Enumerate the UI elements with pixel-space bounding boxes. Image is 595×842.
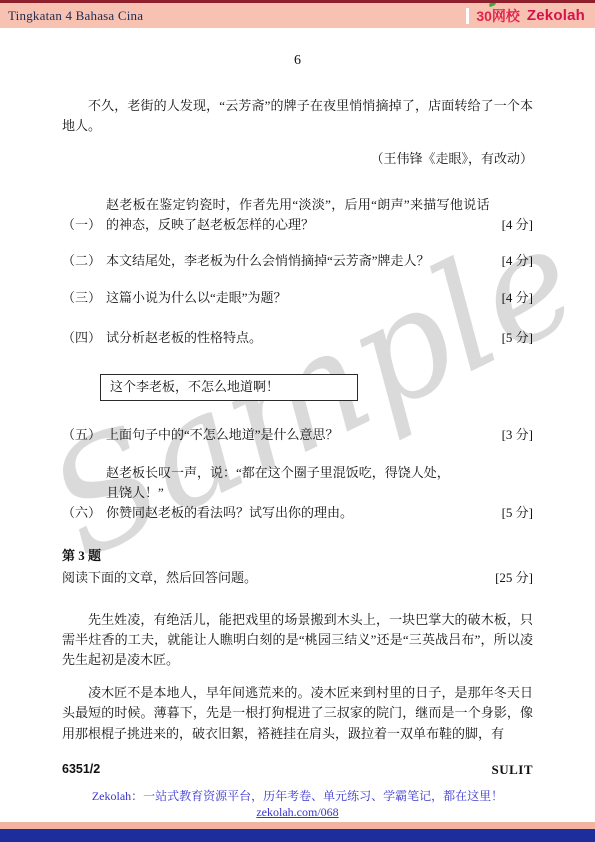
question-marks: [5 分] [502, 328, 533, 348]
instruction-text: 阅读下面的文章，然后回答问题。 [62, 568, 495, 588]
question-number: （一） [62, 215, 106, 235]
footer-blue-strip [0, 829, 595, 842]
question-text: 本文结尾处，李老板为什么会悄悄摘掉“云芳斋”牌走人？ [106, 251, 502, 271]
question-text: 赵老板长叹一声，说：“都在这个圈子里混饭吃，得饶人处， 且饶人！” 你赞同赵老板… [106, 463, 502, 523]
passage-paragraph-2: 凌木匠不是本地人，早年间逃荒来的。凌木匠来到村里的日子，是那年冬天日头最短的时候… [62, 683, 533, 743]
question-marks: [5 分] [502, 503, 533, 523]
question-text: 这篇小说为什么以“走眼”为题？ [106, 288, 502, 308]
question-number: （六） [62, 503, 106, 523]
header-title: Tingkatan 4 Bahasa Cina [8, 8, 143, 24]
source-attribution: （王伟锋《走眼》，有改动） [62, 149, 533, 169]
zekolah-logo: 30网校 Zekolah [466, 6, 585, 26]
question-text: 赵老板在鉴定钧瓷时，作者先用“淡淡”，后用“朗声”来描写他说话的神态，反映了赵老… [106, 195, 502, 235]
page-footer-codes: 6351/2 SULIT [62, 760, 533, 780]
question-marks: [4 分] [502, 251, 533, 271]
question-6: （六） 赵老板长叹一声，说：“都在这个圈子里混饭吃，得饶人处， 且饶人！” 你赞… [62, 463, 533, 523]
question-text: 试分析赵老板的性格特点。 [106, 328, 502, 348]
question-1: （一） 赵老板在鉴定钧瓷时，作者先用“淡淡”，后用“朗声”来描写他说话的神态，反… [62, 195, 533, 235]
passage-paragraph-1: 先生姓凌，有绝活儿，能把戏里的场景搬到木头上，一块巴掌大的破木板，只需半炷香的工… [62, 610, 533, 670]
footer-tagline: Zekolah：一站式教育资源平台，历年考卷、单元练习、学霸笔记，都在这里！ [0, 787, 595, 804]
question-5: （五） 上面句子中的“不怎么地道”是什么意思？ [3 分] [62, 425, 533, 445]
footer-tagline-wrap: Zekolah：一站式教育资源平台，历年考卷、单元练习、学霸笔记，都在这里！ z… [0, 784, 595, 822]
question-marks: [4 分] [502, 288, 533, 308]
section-marks: [25 分] [495, 568, 533, 588]
footer-site-link[interactable]: zekolah.com/068 [256, 805, 338, 820]
logo-brand-text: Zekolah [527, 7, 585, 24]
bottom-footer: Zekolah：一站式教育资源平台，历年考卷、单元练习、学霸笔记，都在这里！ z… [0, 784, 595, 842]
logo-cn-text: 30网校 [476, 6, 520, 26]
question-4: （四） 试分析赵老板的性格特点。 [5 分] [62, 328, 533, 348]
question-marks: [4 分] [502, 215, 533, 235]
page-number: 6 [62, 50, 533, 72]
page-header: Tingkatan 4 Bahasa Cina 30网校 Zekolah [0, 3, 595, 28]
question-number: （三） [62, 288, 106, 308]
question-number: （五） [62, 425, 106, 445]
intro-paragraph: 不久，老街的人发现，“云芳斋”的牌子在夜里悄悄摘掉了，店面转给了一个本地人。 [62, 96, 533, 136]
question-marks: [3 分] [502, 425, 533, 445]
page-content: 6 不久，老街的人发现，“云芳斋”的牌子在夜里悄悄摘掉了，店面转给了一个本地人。… [0, 28, 595, 780]
section-3-instruction: 阅读下面的文章，然后回答问题。 [25 分] [62, 568, 533, 588]
sulit-label: SULIT [491, 760, 533, 780]
question-number: （四） [62, 328, 106, 348]
logo-divider [466, 8, 469, 24]
question-line: 且饶人！” [106, 483, 490, 503]
footer-pink-strip [0, 822, 595, 829]
question-3: （三） 这篇小说为什么以“走眼”为题？ [4 分] [62, 288, 533, 308]
question-2: （二） 本文结尾处，李老板为什么会悄悄摘掉“云芳斋”牌走人？ [4 分] [62, 251, 533, 271]
boxed-quote: 这个李老板，不怎么地道啊！ [100, 374, 358, 401]
section-3-title: 第 3 题 [62, 546, 533, 566]
exam-page: Tingkatan 4 Bahasa Cina 30网校 Zekolah Sam… [0, 0, 595, 842]
question-line: 赵老板长叹一声，说：“都在这个圈子里混饭吃，得饶人处， [106, 463, 490, 483]
question-number: （二） [62, 251, 106, 271]
top-border-line [0, 0, 595, 3]
question-line: 你赞同赵老板的看法吗？试写出你的理由。 [106, 503, 490, 523]
document-code: 6351/2 [62, 760, 100, 779]
question-text: 上面句子中的“不怎么地道”是什么意思？ [106, 425, 502, 445]
